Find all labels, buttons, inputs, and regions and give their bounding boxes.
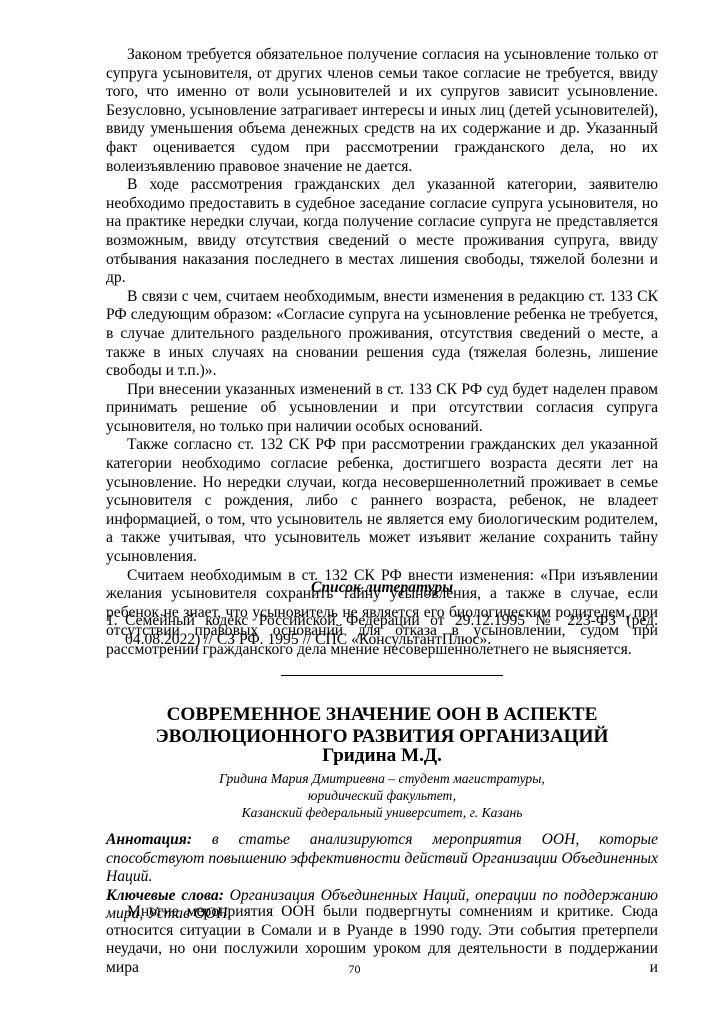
abstract-label: Аннотация: — [106, 831, 192, 848]
reference-number: 1. — [106, 612, 125, 649]
article-title-line: ЭВОЛЮЦИОННОГО РАЗВИТИЯ ОРГАНИЗАЦИЙ — [106, 726, 658, 748]
paragraph: В ходе рассмотрения гражданских дел указ… — [106, 176, 658, 288]
article-author: Гридина М.Д. — [106, 745, 658, 767]
author-affiliation: Гридина Мария Дмитриевна – студент магис… — [106, 771, 658, 821]
affiliation-line: юридический факультет, — [106, 788, 658, 805]
paragraph: В связи с чем, считаем необходимым, внес… — [106, 288, 658, 381]
references-heading: Список литературы — [106, 579, 658, 598]
keywords-label: Ключевые слова: — [106, 887, 224, 904]
section-divider — [281, 675, 503, 676]
document-page: Законом требуется обязательное получение… — [0, 0, 709, 1013]
reference-item: 1. Семейный кодекс Российской Федерации … — [106, 612, 658, 649]
article-title-line: СОВРЕМЕННОЕ ЗНАЧЕНИЕ ООН В АСПЕКТЕ — [106, 704, 658, 726]
previous-article-body: Законом требуется обязательное получение… — [106, 46, 658, 660]
reference-text: Семейный кодекс Российской Федерации от … — [125, 612, 658, 649]
article-title: СОВРЕМЕННОЕ ЗНАЧЕНИЕ ООН В АСПЕКТЕ ЭВОЛЮ… — [106, 704, 658, 747]
paragraph: Также согласно ст. 132 СК РФ при рассмот… — [106, 436, 658, 566]
paragraph: При внесении указанных изменений в ст. 1… — [106, 381, 658, 437]
page-number: 70 — [0, 962, 709, 976]
abstract: Аннотация: в статье анализируются меропр… — [106, 831, 658, 887]
paragraph: Законом требуется обязательное получение… — [106, 46, 658, 176]
affiliation-line: Казанский федеральный университет, г. Ка… — [106, 805, 658, 822]
affiliation-line: Гридина Мария Дмитриевна – студент магис… — [106, 771, 658, 788]
